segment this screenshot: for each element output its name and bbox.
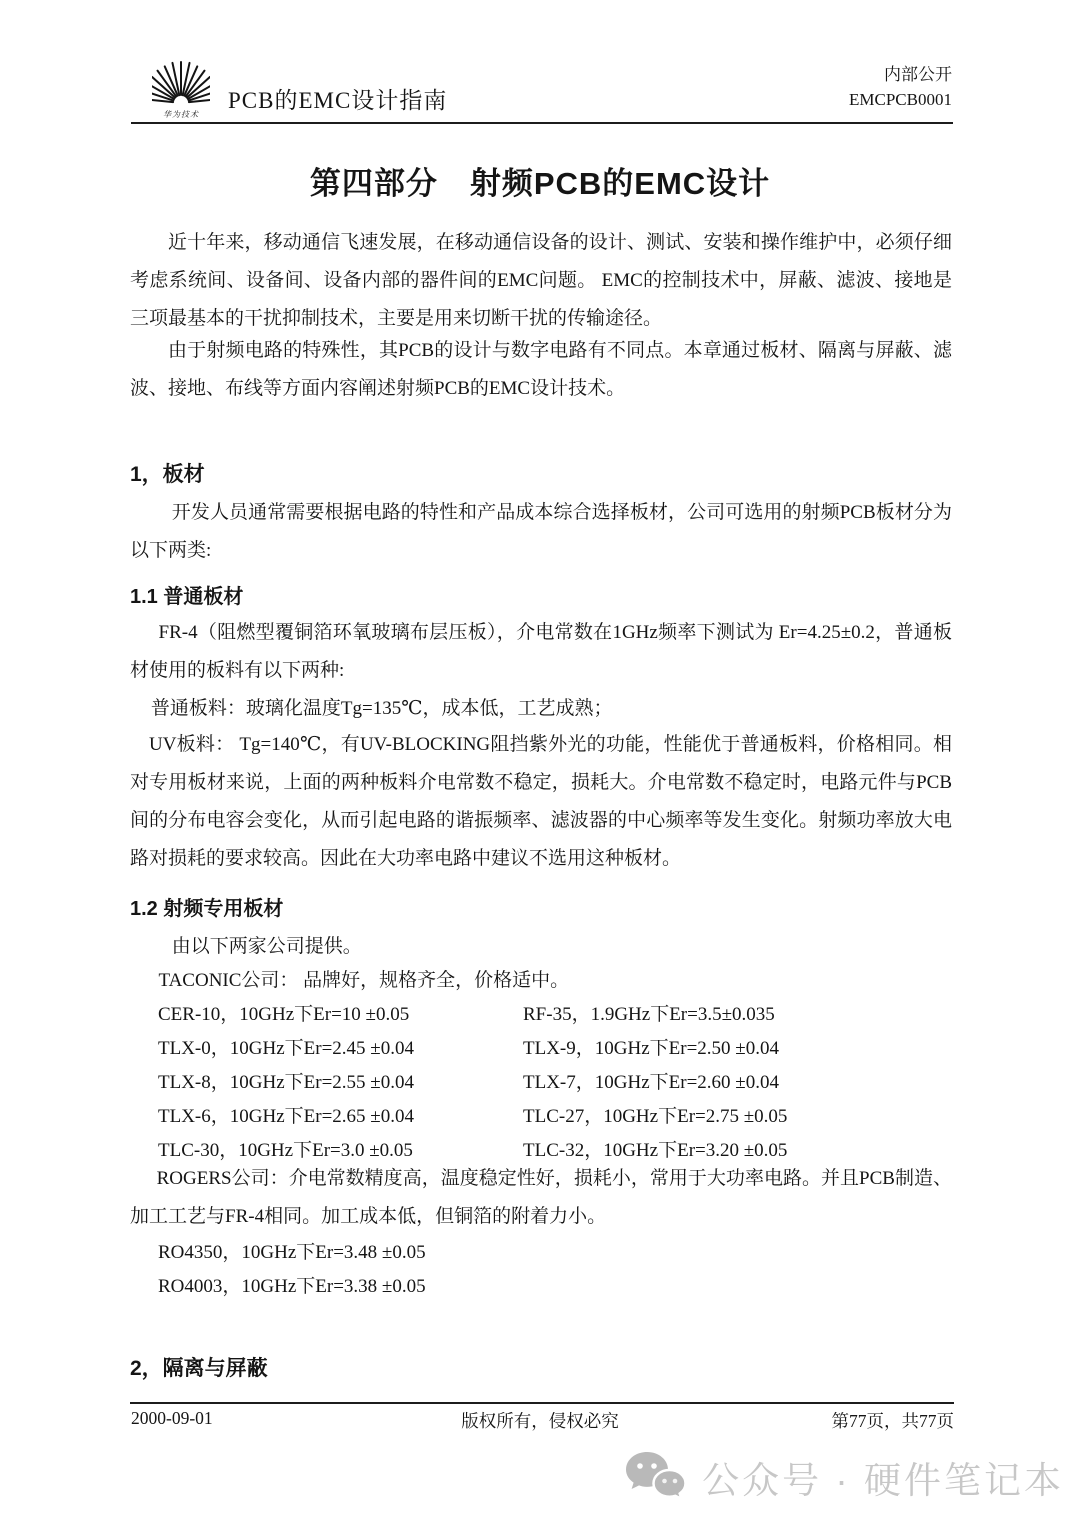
watermark-text: 公众号 · 硬件笔记本 <box>702 1450 1064 1504</box>
footer-divider <box>130 1402 954 1404</box>
material-spec: TLX-6，10GHz下Er=2.65 ±0.04 <box>158 1100 523 1134</box>
page-title: 第四部分 射频PCB的EMC设计 <box>0 158 1080 203</box>
document-title: PCB的EMC设计指南 <box>228 82 447 115</box>
section-2-heading: 2，隔离与屏蔽 <box>130 1352 952 1382</box>
wechat-icon <box>624 1450 686 1504</box>
section-1-heading: 1，板材 <box>130 458 952 488</box>
material-spec: CER-10，10GHz下Er=10 ±0.05 <box>158 998 523 1032</box>
material-spec: TLX-0，10GHz下Er=2.45 ±0.04 <box>158 1032 523 1066</box>
section-1-2-heading: 1.2 射频专用板材 <box>130 892 952 921</box>
header-right-block: 内部公开 EMCPCB0001 <box>849 62 952 112</box>
document-page: { "header": { "logo_caption": "华为技术", "d… <box>0 0 1080 1528</box>
ro4350-line: RO4350，10GHz下Er=3.48 ±0.05 <box>158 1236 426 1270</box>
footer: 2000-09-01 版权所有，侵权必究 第77页，共77页 <box>0 1408 1080 1433</box>
fr4-paragraph: FR-4（阻燃型覆铜箔环氧玻璃布层压板），介电常数在1GHz频率下测试为 Er=… <box>130 614 952 690</box>
material-row: TLX-8，10GHz下Er=2.55 ±0.04 TLX-7，10GHz下Er… <box>158 1066 952 1100</box>
footer-page-info: 第77页，共77页 <box>832 1408 955 1433</box>
material-row: TLX-0，10GHz下Er=2.45 ±0.04 TLX-9，10GHz下Er… <box>158 1032 952 1066</box>
ro4003-line: RO4003，10GHz下Er=3.38 ±0.05 <box>158 1270 426 1304</box>
section-1-intro: 开发人员通常需要根据电路的特性和产品成本综合选择板材，公司可选用的射频PCB板材… <box>130 494 952 570</box>
company-logo: 华为技术 <box>150 58 212 120</box>
material-spec: TLC-27，10GHz下Er=2.75 ±0.05 <box>523 1100 952 1134</box>
uv-material-paragraph: UV板料： Tg=140℃，有UV-BLOCKING阻挡紫外光的功能，性能优于普… <box>130 726 952 878</box>
header-divider <box>131 122 953 124</box>
section-1-1-heading: 1.1 普通板材 <box>130 580 952 609</box>
material-row: TLX-6，10GHz下Er=2.65 ±0.04 TLC-27，10GHz下E… <box>158 1100 952 1134</box>
material-spec: TLX-9，10GHz下Er=2.50 ±0.04 <box>523 1032 952 1066</box>
huawei-fan-logo-icon <box>152 58 210 106</box>
classification-label: 内部公开 <box>849 62 952 87</box>
rogers-paragraph: ROGERS公司：介电常数精度高，温度稳定性好，损耗小，常用于大功率电路。并且P… <box>130 1160 952 1236</box>
logo-caption: 华为技术 <box>150 109 212 120</box>
intro-paragraph-2: 由于射频电路的特殊性，其PCB的设计与数字电路有不同点。本章通过板材、隔离与屏蔽… <box>130 332 952 408</box>
material-spec: TLX-8，10GHz下Er=2.55 ±0.04 <box>158 1066 523 1100</box>
common-material-line: 普通板料：玻璃化温度Tg=135℃，成本低，工艺成熟； <box>130 690 952 728</box>
intro-paragraph-1: 近十年来，移动通信飞速发展，在移动通信设备的设计、测试、安装和操作维护中，必须仔… <box>130 224 952 338</box>
wechat-watermark: 公众号 · 硬件笔记本 <box>624 1450 1064 1504</box>
material-spec-list: CER-10，10GHz下Er=10 ±0.05 RF-35，1.9GHz下Er… <box>158 998 952 1168</box>
document-number: EMCPCB0001 <box>849 87 952 112</box>
suppliers-intro-line: 由以下两家公司提供。 <box>130 928 952 966</box>
material-spec: RF-35，1.9GHz下Er=3.5±0.035 <box>523 998 952 1032</box>
material-spec: TLX-7，10GHz下Er=2.60 ±0.04 <box>523 1066 952 1100</box>
footer-date: 2000-09-01 <box>131 1408 213 1429</box>
material-row: CER-10，10GHz下Er=10 ±0.05 RF-35，1.9GHz下Er… <box>158 998 952 1032</box>
taconic-line: TACONIC公司： 品牌好，规格齐全，价格适中。 <box>130 962 952 1000</box>
